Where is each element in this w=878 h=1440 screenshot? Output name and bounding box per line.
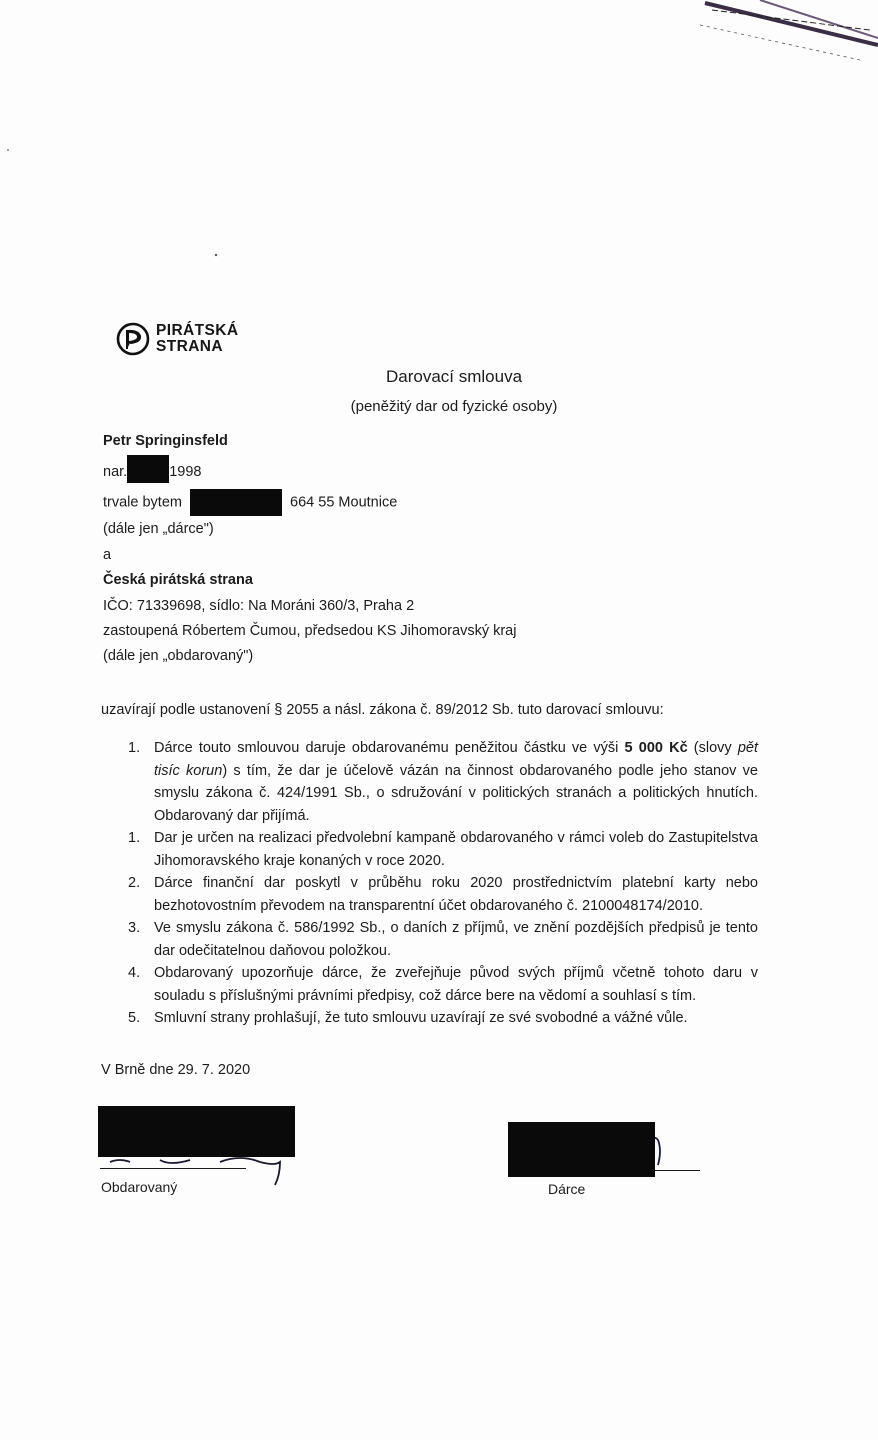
clause-number: 1. <box>128 827 154 872</box>
donor-alias: (dále jen „dárce") <box>103 521 214 537</box>
document-subtitle: (peněžitý dar od fyzické osoby) <box>0 398 878 415</box>
birth-label: nar. <box>103 464 127 480</box>
clause-text: Dar je určen na realizaci předvolební ka… <box>154 827 758 872</box>
donor-name: Petr Springinsfeld <box>103 433 228 449</box>
clause-text: Smluvní strany prohlašují, že tuto smlou… <box>154 1007 758 1030</box>
clause-text-part: ) s tím, že dar je účelově vázán na činn… <box>154 763 758 824</box>
recipient-id: IČO: 71339698, sídlo: Na Moráni 360/3, P… <box>103 598 414 614</box>
recipient-name: Česká pirátská strana <box>103 572 253 588</box>
conjunction: a <box>103 547 111 563</box>
clause-item: 3. Ve smyslu zákona č. 586/1992 Sb., o d… <box>128 917 758 962</box>
scan-artifacts <box>0 0 878 1440</box>
clause-item: 4. Obdarovaný upozorňuje dárce, že zveře… <box>128 962 758 1007</box>
recipient-alias: (dále jen „obdarovaný") <box>103 648 253 664</box>
clause-item: 1. Dar je určen na realizaci předvolební… <box>128 827 758 872</box>
clause-item: 5. Smluvní strany prohlašují, že tuto sm… <box>128 1007 758 1030</box>
redacted-signature <box>508 1122 655 1177</box>
clause-text: Ve smyslu zákona č. 586/1992 Sb., o daní… <box>154 917 758 962</box>
donation-amount: 5 000 Kč <box>625 740 688 756</box>
clause-text-part: Dárce touto smlouvou daruje obdarovanému… <box>154 740 625 756</box>
pirate-flag-icon <box>116 322 150 356</box>
clause-number: 3. <box>128 917 154 962</box>
residence-label: trvale bytem <box>103 494 182 510</box>
document-title-text: Darovací smlouva <box>386 367 522 386</box>
recipient-represented: zastoupená Róbertem Čumou, předsedou KS … <box>103 623 516 639</box>
clause-text: Dárce finanční dar poskytl v průběhu rok… <box>154 872 758 917</box>
residence-city: 664 55 Moutnice <box>290 494 397 510</box>
logo-line-1: PIRÁTSKÁ <box>156 323 238 339</box>
clause-list: 1. Dárce touto smlouvou daruje obdarovan… <box>128 737 758 1030</box>
contract-intro: uzavírají podle ustanovení § 2055 a násl… <box>101 702 664 718</box>
clause-text-part: (slovy <box>688 740 738 756</box>
document-title: Darovací smlouva <box>0 367 878 387</box>
document-subtitle-text: (peněžitý dar od fyzické osoby) <box>351 398 558 415</box>
signature-line <box>100 1168 246 1169</box>
clause-number: 2. <box>128 872 154 917</box>
donor-birth: nar.1998 <box>103 461 201 483</box>
clause-text: Dárce touto smlouvou daruje obdarovanému… <box>154 737 758 827</box>
logo-line-2: STRANA <box>156 339 238 355</box>
place-and-date: V Brně dne 29. 7. 2020 <box>101 1062 250 1078</box>
birth-year: 1998 <box>169 464 201 480</box>
logo-text: PIRÁTSKÁ STRANA <box>156 323 238 355</box>
clause-number: 5. <box>128 1007 154 1030</box>
recipient-signature-label: Obdarovaný <box>101 1179 177 1195</box>
donor-signature-label: Dárce <box>548 1181 585 1197</box>
redacted-address <box>190 489 282 516</box>
clause-number: 1. <box>128 737 154 827</box>
donor-residence: trvale bytem 664 55 Moutnice <box>103 489 397 516</box>
clause-item: 1. Dárce touto smlouvou daruje obdarovan… <box>128 737 758 827</box>
redacted-signature <box>98 1106 295 1157</box>
party-logo: PIRÁTSKÁ STRANA <box>116 322 238 356</box>
clause-number: 4. <box>128 962 154 1007</box>
clause-item: 2. Dárce finanční dar poskytl v průběhu … <box>128 872 758 917</box>
clause-text: Obdarovaný upozorňuje dárce, že zveřejňu… <box>154 962 758 1007</box>
redacted-birth-date <box>127 455 169 483</box>
